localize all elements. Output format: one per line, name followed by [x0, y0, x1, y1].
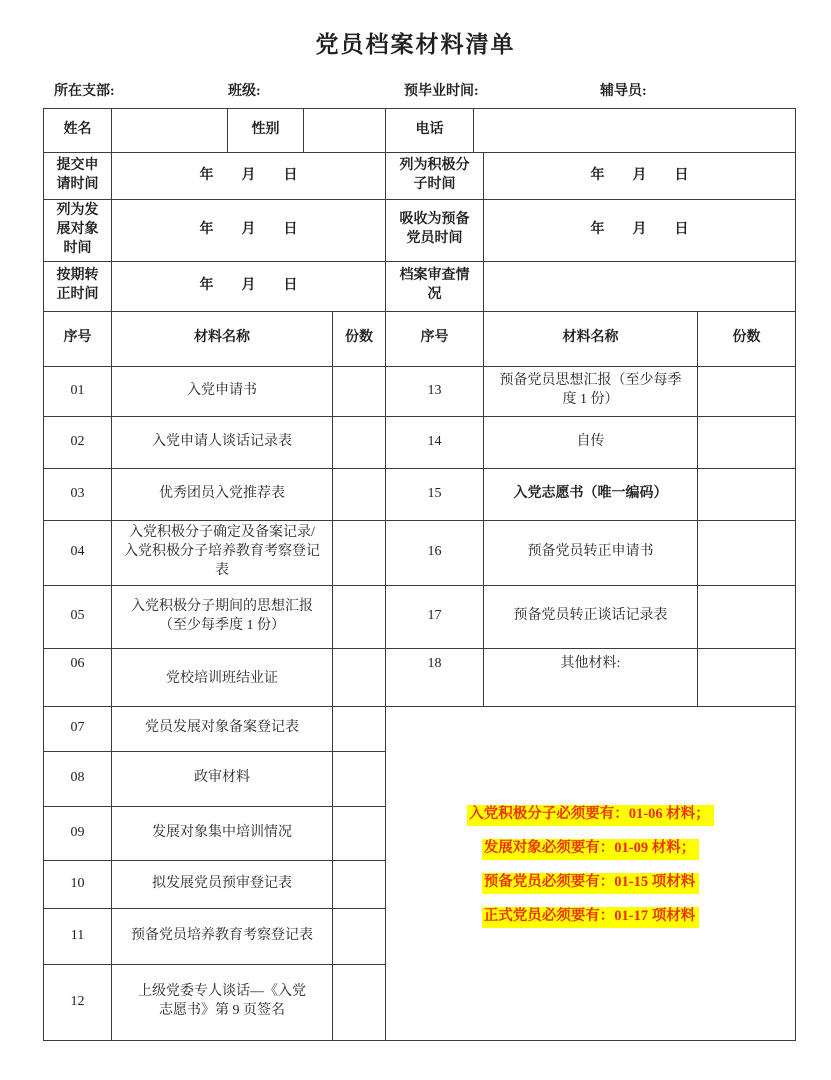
info-row-apply-time: 提交申 请时间 年 月 日 列为积极分 子时间 年 月 日 [44, 153, 796, 200]
col-header-no-right: 序号 [386, 311, 484, 366]
material-count-cell [333, 751, 386, 806]
material-no: 13 [386, 366, 484, 416]
material-name: 入党积极分子期间的思想汇报 （至少每季度 1 份） [112, 585, 333, 648]
note-line: 预备党员必须要有：01-15 项材料 [389, 873, 792, 894]
confirmation-time-label: 按期转 正时间 [44, 261, 112, 311]
material-count-cell [698, 520, 796, 585]
development-time-label: 列为发 展对象 时间 [44, 200, 112, 262]
probationary-time-label: 吸收为预备 党员时间 [386, 200, 484, 262]
material-no: 18 [386, 648, 484, 706]
material-count-cell [333, 366, 386, 416]
material-name: 党员发展对象备案登记表 [112, 706, 333, 751]
material-name: 拟发展党员预审登记表 [112, 860, 333, 908]
col-header-no-left: 序号 [44, 311, 112, 366]
material-name: 入党志愿书（唯一编码） [484, 468, 698, 520]
material-no: 01 [44, 366, 112, 416]
page-title: 党员档案材料清单 [0, 26, 831, 59]
material-no: 05 [44, 585, 112, 648]
material-no: 15 [386, 468, 484, 520]
material-count-cell [698, 416, 796, 468]
note-probationary: 预备党员必须要有：01-15 项材料 [482, 873, 699, 894]
material-name: 发展对象集中培训情况 [112, 806, 333, 860]
graduation-time-label: 预毕业时间: [404, 80, 479, 100]
material-no: 08 [44, 751, 112, 806]
material-row: 01 入党申请书 13 预备党员思想汇报（至少每季 度 1 份） [44, 366, 796, 416]
material-name: 入党申请书 [112, 366, 333, 416]
material-row: 06 党校培训班结业证 18 其他材料: [44, 648, 796, 706]
material-no: 10 [44, 860, 112, 908]
material-row: 03 优秀团员入党推荐表 15 入党志愿书（唯一编码） [44, 468, 796, 520]
material-name: 政审材料 [112, 751, 333, 806]
material-count-cell [698, 468, 796, 520]
material-count-cell [698, 648, 796, 706]
counselor-label: 辅导员: [600, 80, 647, 100]
material-no: 04 [44, 520, 112, 585]
material-name: 自传 [484, 416, 698, 468]
material-name: 上级党委专人谈话—《入党 志愿书》第 9 页签名 [112, 964, 333, 1040]
material-no: 12 [44, 964, 112, 1040]
development-date-cell: 年 月 日 [112, 200, 386, 262]
material-name: 入党积极分子确定及备案记录/ 入党积极分子培养教育考察登记 表 [112, 520, 333, 585]
material-no: 03 [44, 468, 112, 520]
material-count-cell [333, 585, 386, 648]
material-row: 05 入党积极分子期间的思想汇报 （至少每季度 1 份） 17 预备党员转正谈话… [44, 585, 796, 648]
note-line: 正式党员必须要有：01-17 项材料 [389, 907, 792, 928]
material-row: 02 入党申请人谈话记录表 14 自传 [44, 416, 796, 468]
material-no: 02 [44, 416, 112, 468]
material-row: 04 入党积极分子确定及备案记录/ 入党积极分子培养教育考察登记 表 16 预备… [44, 520, 796, 585]
info-row-identity: 姓名 性别 电话 [44, 109, 796, 153]
material-row: 07 党员发展对象备案登记表 入党积极分子必须要有：01-06 材料； 发展对象… [44, 706, 796, 751]
material-count-cell [333, 416, 386, 468]
info-row-confirmation-time: 按期转 正时间 年 月 日 档案审查情 况 [44, 261, 796, 311]
note-activist: 入党积极分子必须要有：01-06 材料； [467, 805, 713, 826]
material-count-cell [333, 648, 386, 706]
branch-label: 所在支部: [54, 80, 115, 100]
name-value-cell [112, 109, 228, 153]
gender-value-cell [304, 109, 386, 153]
apply-time-label: 提交申 请时间 [44, 153, 112, 200]
material-count-cell [698, 366, 796, 416]
archive-materials-table: 姓名 性别 电话 提交申 请时间 年 月 日 列为积极分 子时间 年 月 日 列… [43, 108, 796, 1041]
class-label: 班级: [228, 80, 261, 100]
activist-date-cell: 年 月 日 [484, 153, 796, 200]
col-header-name-right: 材料名称 [484, 311, 698, 366]
material-no: 17 [386, 585, 484, 648]
material-no: 09 [44, 806, 112, 860]
material-count-cell [333, 908, 386, 964]
material-count-cell [333, 860, 386, 908]
activist-time-label: 列为积极分 子时间 [386, 153, 484, 200]
materials-header-row: 序号 材料名称 份数 序号 材料名称 份数 [44, 311, 796, 366]
info-row-development-time: 列为发 展对象 时间 年 月 日 吸收为预备 党员时间 年 月 日 [44, 200, 796, 262]
meta-row: 所在支部: 班级: 预毕业时间: 辅导员: [0, 80, 831, 100]
requirements-notes-cell: 入党积极分子必须要有：01-06 材料； 发展对象必须要有：01-09 材料； … [386, 706, 796, 1040]
note-development: 发展对象必须要有：01-09 材料； [482, 839, 699, 860]
material-name: 优秀团员入党推荐表 [112, 468, 333, 520]
probationary-date-cell: 年 月 日 [484, 200, 796, 262]
material-no: 16 [386, 520, 484, 585]
apply-date-cell: 年 月 日 [112, 153, 386, 200]
note-full-member: 正式党员必须要有：01-17 项材料 [482, 907, 699, 928]
material-name: 预备党员转正申请书 [484, 520, 698, 585]
material-count-cell [333, 806, 386, 860]
gender-label: 性别 [228, 109, 304, 153]
material-count-cell [698, 585, 796, 648]
archive-review-label: 档案审查情 况 [386, 261, 484, 311]
confirmation-date-cell: 年 月 日 [112, 261, 386, 311]
material-count-cell [333, 520, 386, 585]
material-name: 预备党员思想汇报（至少每季 度 1 份） [484, 366, 698, 416]
material-no: 14 [386, 416, 484, 468]
archive-review-value-cell [484, 261, 796, 311]
material-count-cell [333, 468, 386, 520]
phone-label: 电话 [386, 109, 474, 153]
col-header-name-left: 材料名称 [112, 311, 333, 366]
material-count-cell [333, 706, 386, 751]
note-line: 入党积极分子必须要有：01-06 材料； [389, 805, 792, 826]
name-label: 姓名 [44, 109, 112, 153]
material-no: 06 [44, 648, 112, 706]
col-header-count-right: 份数 [698, 311, 796, 366]
material-no: 07 [44, 706, 112, 751]
material-name: 预备党员培养教育考察登记表 [112, 908, 333, 964]
material-name: 入党申请人谈话记录表 [112, 416, 333, 468]
document-page: 党员档案材料清单 所在支部: 班级: 预毕业时间: 辅导员: 姓名 性别 电话 … [0, 0, 831, 1080]
phone-value-cell [474, 109, 796, 153]
note-line: 发展对象必须要有：01-09 材料； [389, 839, 792, 860]
material-count-cell [333, 964, 386, 1040]
material-name: 其他材料: [484, 648, 698, 706]
material-no: 11 [44, 908, 112, 964]
col-header-count-left: 份数 [333, 311, 386, 366]
material-name: 党校培训班结业证 [112, 648, 333, 706]
material-name: 预备党员转正谈话记录表 [484, 585, 698, 648]
